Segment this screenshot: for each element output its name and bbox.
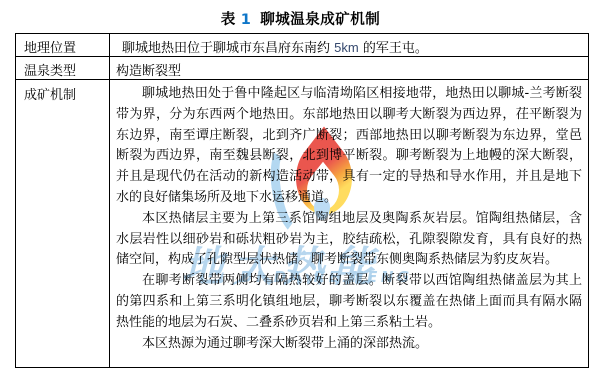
table-row-mechanism: 成矿机制 聊城地热田处于鲁中隆起区与临清坳陷区相接地带，地热田以聊城-兰考断裂带… (16, 80, 589, 368)
geography-text: 聊城地热田位于聊城市东昌府东南约 5km 的军王屯。 (116, 37, 582, 56)
geography-distance: 5km (334, 40, 359, 55)
row-value-spring-type: 构造断裂型 (110, 57, 589, 80)
geography-after: 的军王屯。 (359, 41, 428, 56)
mechanism-paragraph-caprock: 在聊考断裂带两侧均有隔热较好的盖层。断裂带以西馆陶组热储盖层为其上的第四系和上第… (116, 271, 582, 333)
geography-before: 聊城地热田位于聊城市东昌府东南约 (122, 41, 334, 56)
table-row-geography: 地理位置 聊城地热田位于聊城市东昌府东南约 5km 的军王屯。 (16, 34, 589, 57)
row-value-geography: 聊城地热田位于聊城市东昌府东南约 5km 的军王屯。 (110, 34, 589, 57)
mechanism-paragraph-structure: 聊城地热田处于鲁中隆起区与临清坳陷区相接地带，地热田以聊城-兰考断裂带为界，分为… (116, 84, 582, 209)
caption-number: 1 (241, 12, 252, 28)
mechanism-table: 地理位置 聊城地热田位于聊城市东昌府东南约 5km 的军王屯。 温泉类型 构造断… (15, 33, 589, 368)
table-caption: 表1聊城温泉成矿机制 (0, 8, 601, 29)
table-row-spring-type: 温泉类型 构造断裂型 (16, 57, 589, 80)
mechanism-paragraph-heat-source: 本区热源为通过聊考深大断裂带上涌的深部热流。 (116, 334, 582, 355)
mechanism-paragraph-reservoir: 本区热储层主要为上第三系馆陶组地层及奥陶系灰岩层。馆陶组热储层，含水层岩性以细砂… (116, 209, 582, 271)
caption-prefix: 表 (221, 12, 236, 28)
row-value-mechanism: 聊城地热田处于鲁中隆起区与临清坳陷区相接地带，地热田以聊城-兰考断裂带为界，分为… (110, 80, 589, 368)
caption-name: 聊城温泉成矿机制 (260, 12, 380, 28)
row-label-spring-type: 温泉类型 (16, 57, 110, 80)
row-label-mechanism: 成矿机制 (16, 80, 110, 368)
row-label-geography: 地理位置 (16, 34, 110, 57)
